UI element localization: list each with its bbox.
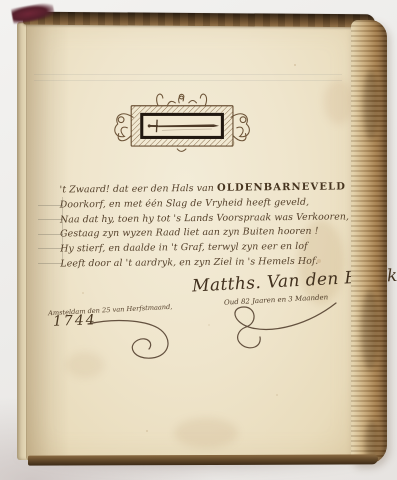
dateline-flourish	[86, 316, 178, 368]
faint-rule-line	[34, 74, 342, 75]
pencil-guide-line	[38, 263, 63, 264]
emblem-left-flourish	[115, 114, 133, 141]
book: 't Zwaard! dat eer den Hals van OLDENBAR…	[0, 0, 397, 480]
book-bottom-edge	[28, 454, 378, 465]
paper-stain	[324, 80, 354, 124]
manuscript-page: 't Zwaard! dat eer den Hals van OLDENBAR…	[26, 22, 358, 460]
faint-rule-line	[34, 80, 342, 81]
poem: 't Zwaard! dat eer den Hals van OLDENBAR…	[60, 181, 337, 273]
book-top-edge	[23, 12, 375, 28]
poem-line-text: 't Zwaard! dat eer den Hals van	[60, 183, 218, 196]
paper-stain	[174, 418, 238, 448]
emblem-right-flourish	[231, 114, 249, 141]
book-fore-edge	[351, 20, 387, 464]
emblem-bottom-ornament	[177, 149, 186, 151]
signature-flourish	[212, 299, 344, 357]
fore-edge-blotch	[361, 290, 379, 370]
photo-background: 't Zwaard! dat eer den Hals van OLDENBAR…	[0, 0, 397, 480]
fore-edge-blotch	[363, 70, 379, 140]
sword-emblem	[112, 84, 256, 164]
oldenbarneveld-name: OLDENBARNEVELD	[217, 181, 346, 193]
poem-line: Leeft door al 't aardryk, en zyn Ziel in…	[60, 255, 336, 273]
emblem-top-ornaments	[157, 94, 207, 106]
